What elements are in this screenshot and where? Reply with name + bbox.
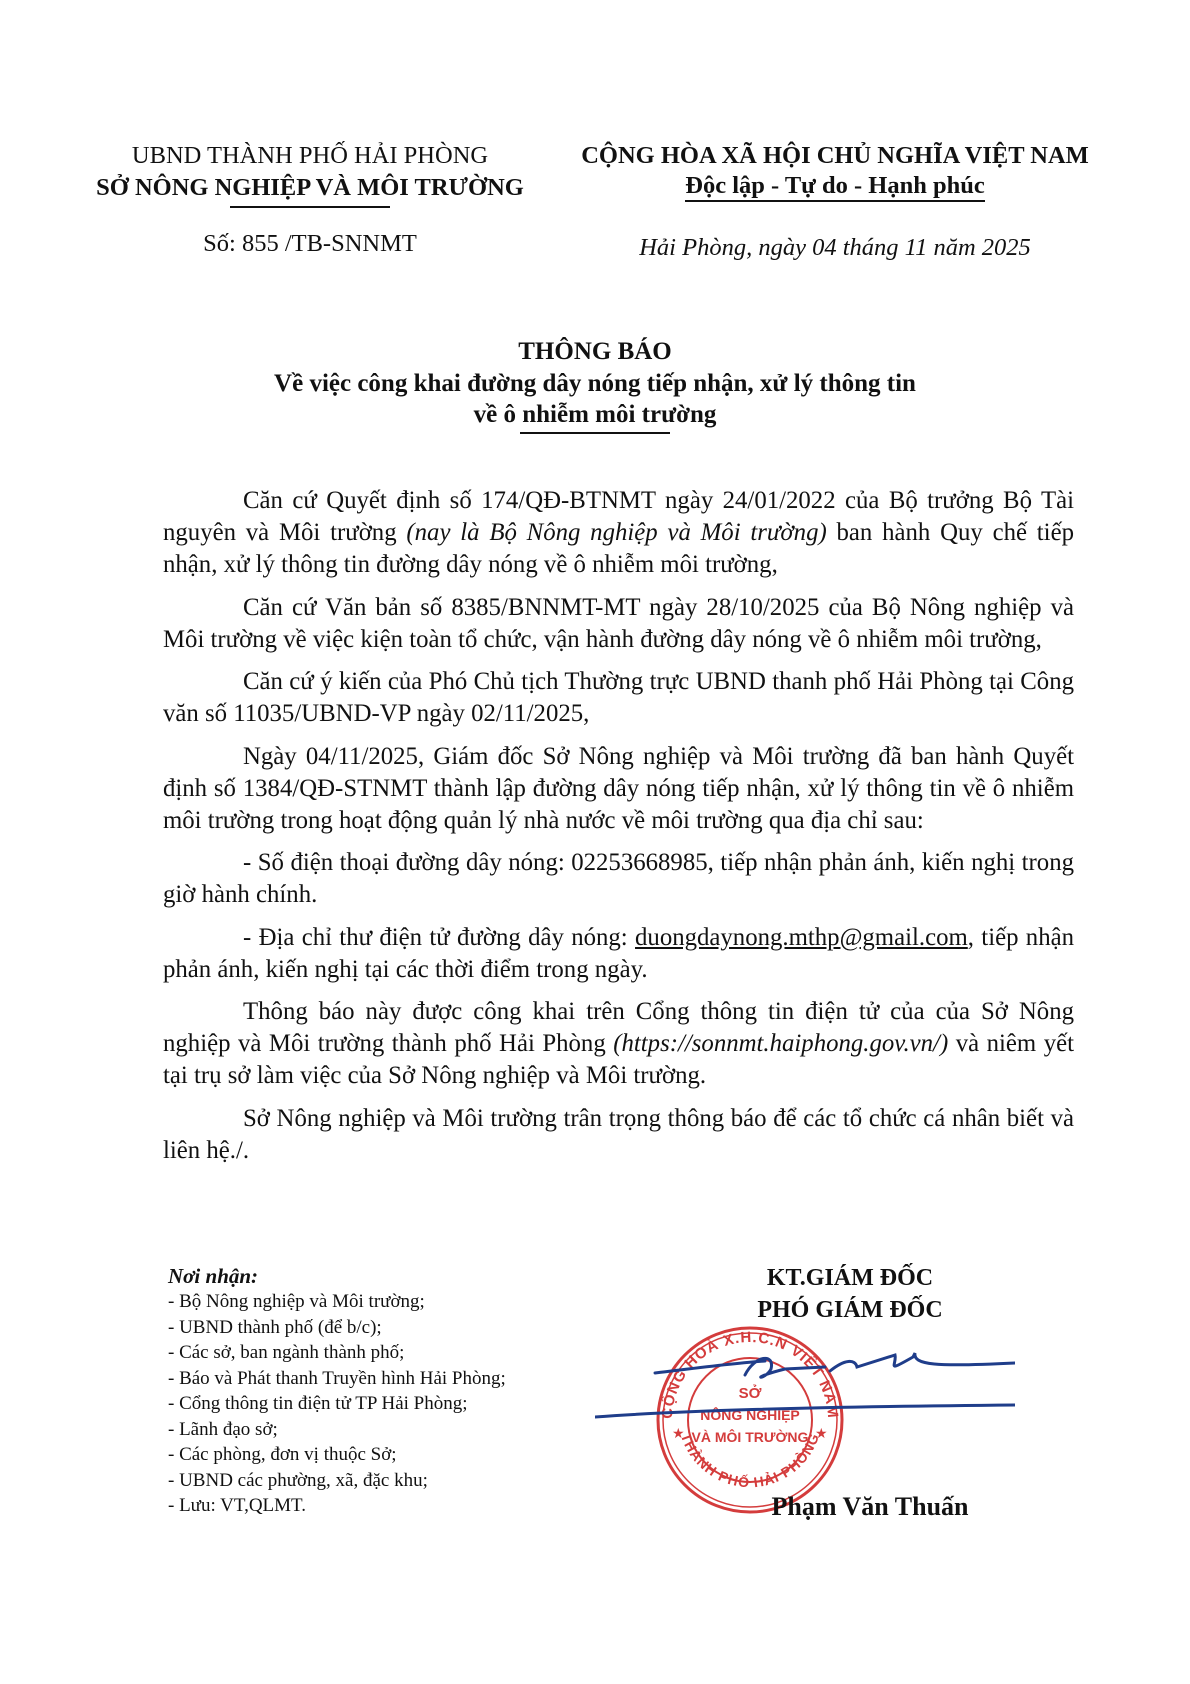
issuing-agency-block: UBND THÀNH PHỐ HẢI PHÒNG SỞ NÔNG NGHIỆP … <box>60 140 560 208</box>
recipients-heading: Nơi nhận: <box>168 1263 598 1289</box>
national-title: CỘNG HÒA XÃ HỘI CHỦ NGHĨA VIỆT NAM <box>555 140 1115 172</box>
issuing-agency: SỞ NÔNG NGHIỆP VÀ MÔI TRƯỜNG <box>60 172 560 204</box>
handwritten-signature-icon <box>595 1345 1015 1425</box>
paragraph-publication: Thông báo này được công khai trên Cổng t… <box>163 996 1074 1092</box>
recipient-item: - Cổng thông tin điện tử TP Hải Phòng; <box>168 1391 598 1417</box>
recipient-item: - UBND các phường, xã, đặc khu; <box>168 1468 598 1494</box>
agency-underline <box>230 206 390 208</box>
ministry-rename-note: (nay là Bộ Nông nghiệp và Môi trường) <box>406 519 826 546</box>
signature-title-block: KT.GIÁM ĐỐC PHÓ GIÁM ĐỐC <box>700 1262 1000 1326</box>
title-underline <box>520 432 670 434</box>
notice-subject-line1: Về việc công khai đường dây nóng tiếp nh… <box>200 368 990 399</box>
recipients-list: Nơi nhận: - Bộ Nông nghiệp và Môi trường… <box>168 1263 598 1519</box>
recipient-item: - UBND thành phố (để b/c); <box>168 1315 598 1341</box>
notice-subject-line2: về ô nhiễm môi trường <box>200 399 990 430</box>
paragraph-legal-basis-2: Căn cứ Văn bản số 8385/BNNMT-MT ngày 28/… <box>163 592 1074 656</box>
parent-agency: UBND THÀNH PHỐ HẢI PHÒNG <box>60 140 560 172</box>
text: - Địa chỉ thư điện tử đường dây nóng: <box>243 924 635 951</box>
recipient-item: - Lưu: VT,QLMT. <box>168 1493 598 1519</box>
paragraph-legal-basis-3: Căn cứ ý kiến của Phó Chủ tịch Thường tr… <box>163 666 1074 730</box>
national-heading-block: CỘNG HÒA XÃ HỘI CHỦ NGHĨA VIỆT NAM Độc l… <box>555 140 1115 202</box>
national-motto: Độc lập - Tự do - Hạnh phúc <box>685 172 984 202</box>
hotline-email-link[interactable]: duongdaynong.mthp@gmail.com <box>635 924 968 951</box>
notice-title-block: THÔNG BÁO Về việc công khai đường dây nó… <box>200 336 990 434</box>
place-and-date: Hải Phòng, ngày 04 tháng 11 năm 2025 <box>555 234 1115 262</box>
svg-text:★: ★ <box>815 1426 828 1442</box>
paragraph-hotline-email: - Địa chỉ thư điện tử đường dây nóng: du… <box>163 922 1074 986</box>
document-number: Số: 855 /TB-SNNMT <box>60 230 560 258</box>
svg-text:★: ★ <box>672 1426 685 1442</box>
recipient-item: - Các sở, ban ngành thành phố; <box>168 1340 598 1366</box>
paragraph-closing: Sở Nông nghiệp và Môi trường trân trọng … <box>163 1103 1074 1167</box>
paragraph-decision: Ngày 04/11/2025, Giám đốc Sở Nông nghiệp… <box>163 741 1074 837</box>
notice-title: THÔNG BÁO <box>200 336 990 368</box>
recipient-item: - Bộ Nông nghiệp và Môi trường; <box>168 1289 598 1315</box>
notice-body: Căn cứ Quyết định số 174/QĐ-BTNMT ngày 2… <box>163 485 1074 1177</box>
portal-url-link[interactable]: (https://sonnmt.haiphong.gov.vn/) <box>613 1030 948 1057</box>
recipient-item: - Lãnh đạo sở; <box>168 1417 598 1443</box>
signer-authority: KT.GIÁM ĐỐC <box>700 1262 1000 1294</box>
recipient-item: - Báo và Phát thanh Truyền hình Hải Phòn… <box>168 1366 598 1392</box>
paragraph-hotline-phone: - Số điện thoại đường dây nóng: 02253668… <box>163 847 1074 911</box>
svg-text:VÀ MÔI TRƯỜNG: VÀ MÔI TRƯỜNG <box>692 1428 809 1445</box>
signer-name: Phạm Văn Thuấn <box>720 1492 1020 1522</box>
recipient-item: - Các phòng, đơn vị thuộc Sở; <box>168 1442 598 1468</box>
paragraph-legal-basis-1: Căn cứ Quyết định số 174/QĐ-BTNMT ngày 2… <box>163 485 1074 581</box>
